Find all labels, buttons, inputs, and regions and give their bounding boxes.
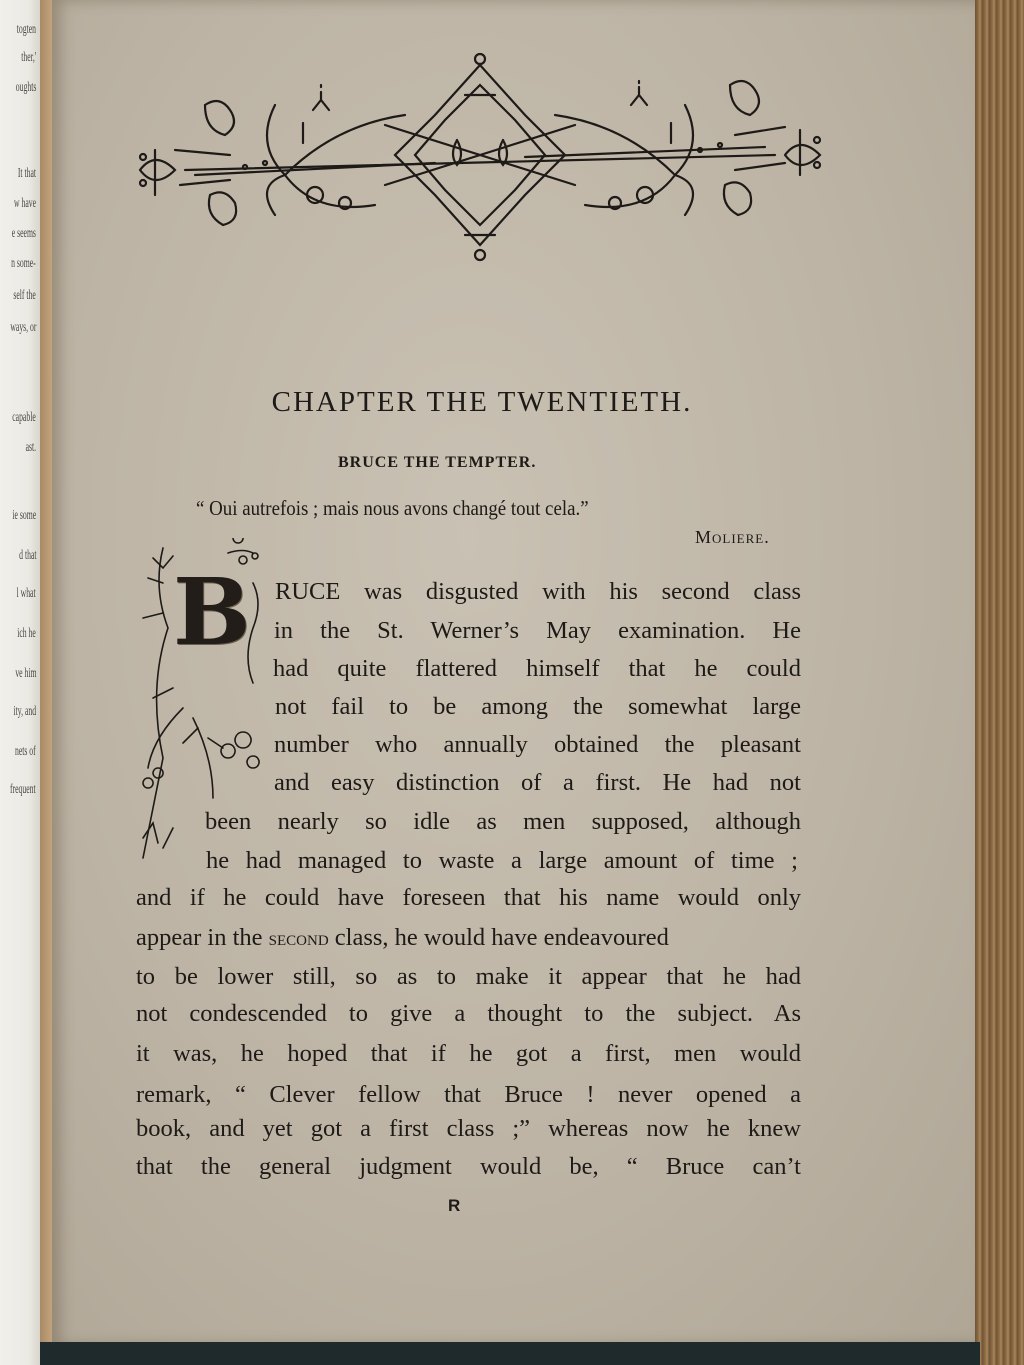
body-line: not condescended to give a thought to th… bbox=[136, 1002, 801, 1027]
bottom-shadow bbox=[40, 1342, 980, 1365]
body-line: number who annually obtained the pleasan… bbox=[274, 733, 801, 758]
left-page-fragment: togten bbox=[17, 22, 36, 38]
body-line: he had managed to waste a large amount o… bbox=[206, 849, 798, 874]
body-line: it was, he hoped that if he got a first,… bbox=[136, 1042, 801, 1067]
body-text: class, he would have endeavoured bbox=[335, 924, 669, 951]
body-line: to be lower still, so as to make it appe… bbox=[136, 965, 801, 990]
left-page-fragment: ity, and bbox=[13, 704, 36, 720]
left-page-fragment: nets of bbox=[15, 744, 36, 760]
body-line: in the St. Werner’s May examination. He bbox=[274, 619, 801, 644]
drop-cap-letter: B bbox=[173, 566, 251, 658]
body-line: that the general judgment would be, “ Br… bbox=[136, 1155, 801, 1180]
left-page-fragment: l what bbox=[17, 586, 36, 602]
left-page-fragment: d that bbox=[19, 548, 36, 564]
body-line: RUCE was disgusted with his second class bbox=[275, 580, 801, 605]
body-line: had quite flattered himself that he coul… bbox=[273, 657, 801, 682]
left-page-fragment: n some- bbox=[11, 256, 36, 272]
left-page-sliver: togten ther,' oughts It that w have e se… bbox=[0, 0, 40, 1365]
left-page-fragment: self the bbox=[14, 288, 36, 304]
left-page-fragment: ve him bbox=[15, 666, 36, 682]
chapter-title: CHAPTER THE TWENTIETH. bbox=[0, 386, 994, 419]
small-caps-emphasis: second bbox=[269, 926, 329, 950]
left-page-fragment: ich he bbox=[17, 626, 36, 642]
left-page-fragment: ther,' bbox=[21, 50, 36, 66]
left-page-fragment: frequent bbox=[10, 782, 36, 798]
body-line: been nearly so idle as men supposed, alt… bbox=[205, 810, 801, 835]
body-line: appear in the second class, he would hav… bbox=[136, 926, 801, 951]
body-line: and if he could have foreseen that his n… bbox=[136, 886, 801, 911]
left-page-fragment: w have bbox=[14, 196, 36, 212]
signature-mark: R bbox=[448, 1196, 460, 1216]
page-edges bbox=[975, 0, 1024, 1365]
body-line: remark, “ Clever fellow that Bruce ! nev… bbox=[136, 1083, 801, 1108]
body-text: appear in the bbox=[136, 924, 263, 951]
body-line: and easy distinction of a first. He had … bbox=[274, 771, 801, 796]
chapter-subtitle: BRUCE THE TEMPTER. bbox=[338, 454, 536, 472]
epigraph-author: Moliere. bbox=[695, 527, 770, 548]
left-page-fragment: ast. bbox=[26, 440, 36, 456]
left-page-fragment: It that bbox=[18, 166, 36, 182]
body-line: book, and yet got a first class ;” where… bbox=[136, 1117, 801, 1142]
body-line: not fail to be among the somewhat large bbox=[275, 695, 801, 720]
left-page-fragment: e seems bbox=[12, 226, 36, 242]
left-page-fragment: oughts bbox=[15, 80, 36, 96]
left-page-fragment: ways, or bbox=[10, 320, 36, 336]
epigraph-quote: “ Oui autrefois ; mais nous avons changé… bbox=[196, 496, 589, 521]
left-page-fragment: ie some bbox=[12, 508, 36, 524]
ornament-headpiece-icon bbox=[135, 45, 825, 265]
